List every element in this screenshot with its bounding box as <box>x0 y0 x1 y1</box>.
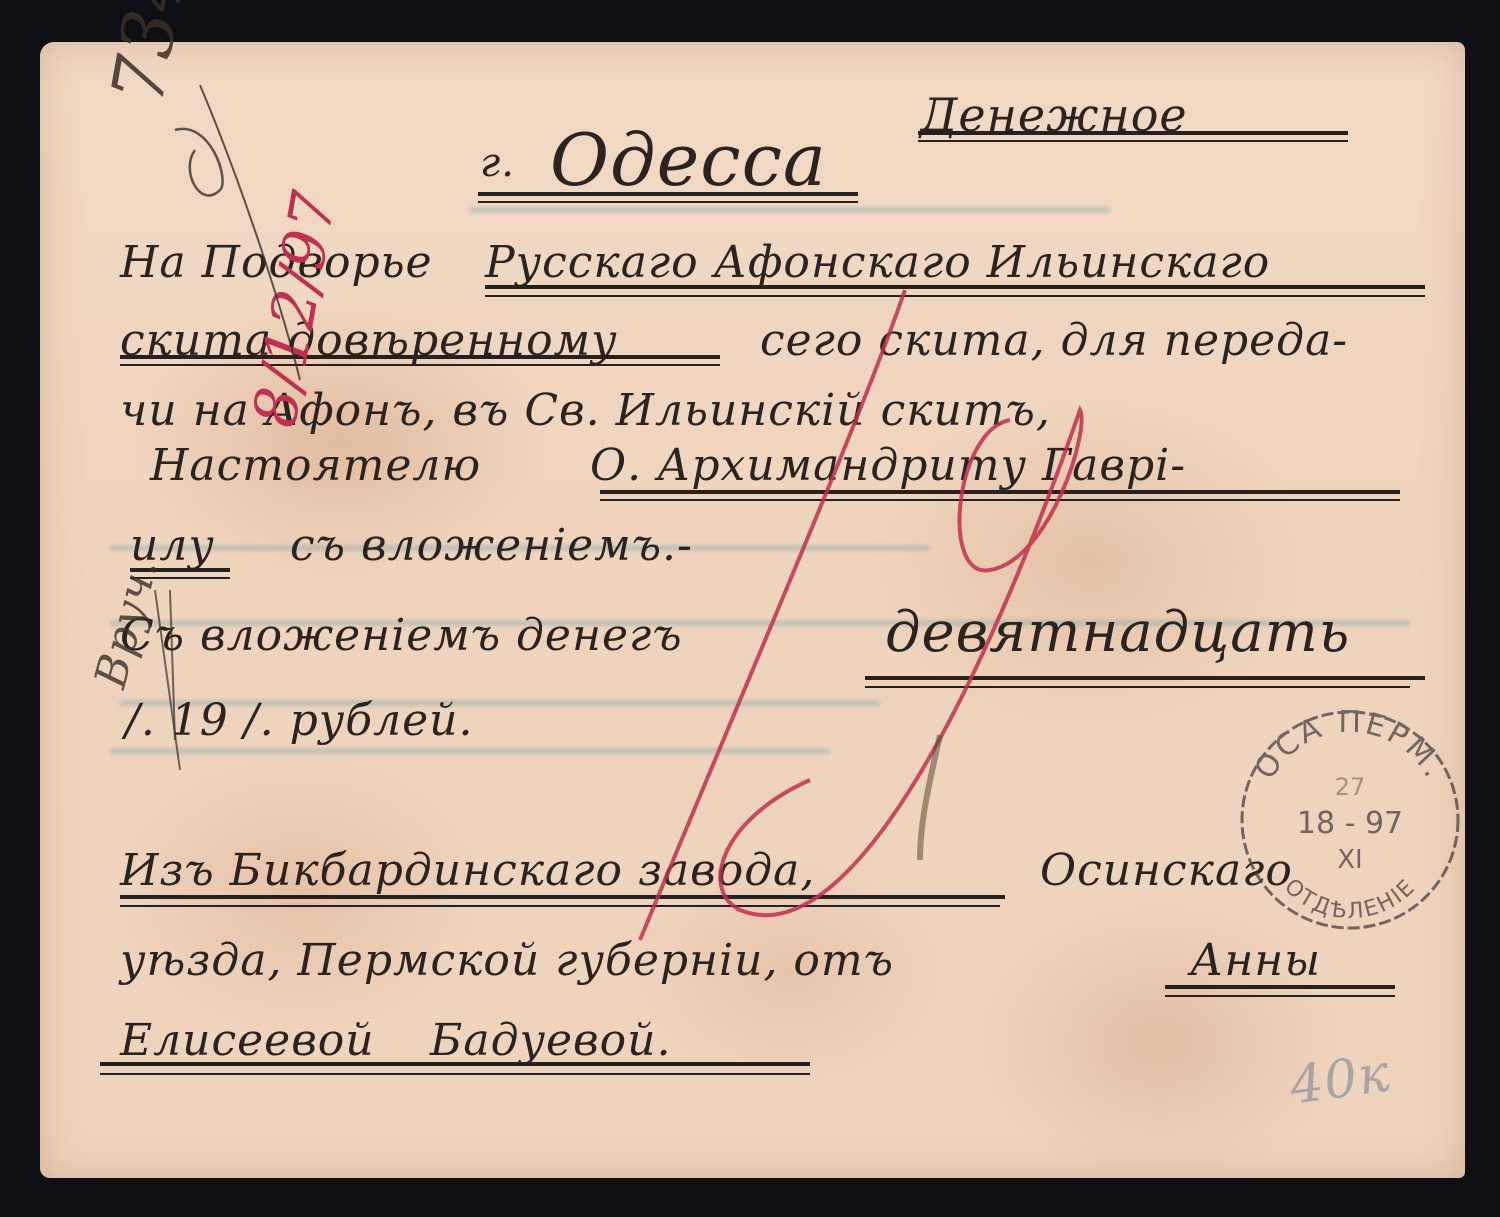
underline <box>865 676 1425 680</box>
underline <box>120 364 720 366</box>
underline <box>865 686 1410 688</box>
address-line-2b: сего скита, для переда- <box>760 315 1348 366</box>
address-line-5b: съ вложеніемъ.- <box>290 520 693 571</box>
destination-city: Одесса <box>550 118 827 202</box>
amount-in-figures: /. 19 /. рублей. <box>125 695 474 746</box>
sender-surname: Бадуевой. <box>430 1015 671 1066</box>
money-declaration: Съ вложеніемъ денегъ <box>120 610 683 661</box>
underline <box>100 1073 810 1075</box>
address-line-4a: Настоятелю <box>150 440 481 491</box>
underline <box>478 192 858 196</box>
underline <box>918 131 1348 135</box>
sender-line-2a: уѣзда, Пермской губерніи, отъ <box>120 935 894 986</box>
underline <box>485 285 1425 289</box>
underline <box>600 499 1400 501</box>
sender-line-1a: Изъ Бикбардинскаго завода, <box>120 845 815 896</box>
ruled-line <box>110 748 830 754</box>
sender-patronymic: Елисеевой <box>120 1015 375 1066</box>
ruled-line <box>470 207 1110 213</box>
underline <box>120 895 1005 899</box>
underline <box>918 140 1348 142</box>
underline <box>1165 985 1395 989</box>
address-line-1b: Русскаго Афонскаго Ильинскаго <box>485 237 1270 288</box>
address-line-4b: О. Архимандриту Гаврі- <box>590 440 1186 491</box>
underline <box>120 355 720 359</box>
underline <box>1165 995 1395 997</box>
sender-line-1b: Осинскаго <box>1040 845 1293 896</box>
city-prefix: г. <box>480 140 515 186</box>
amount-in-words: девятнадцать <box>885 600 1350 665</box>
underline <box>600 490 1400 494</box>
underline <box>120 905 1000 907</box>
underline <box>478 201 858 203</box>
underline <box>485 295 1425 297</box>
underline <box>100 1062 810 1066</box>
sender-name-first: Анны <box>1190 935 1321 986</box>
